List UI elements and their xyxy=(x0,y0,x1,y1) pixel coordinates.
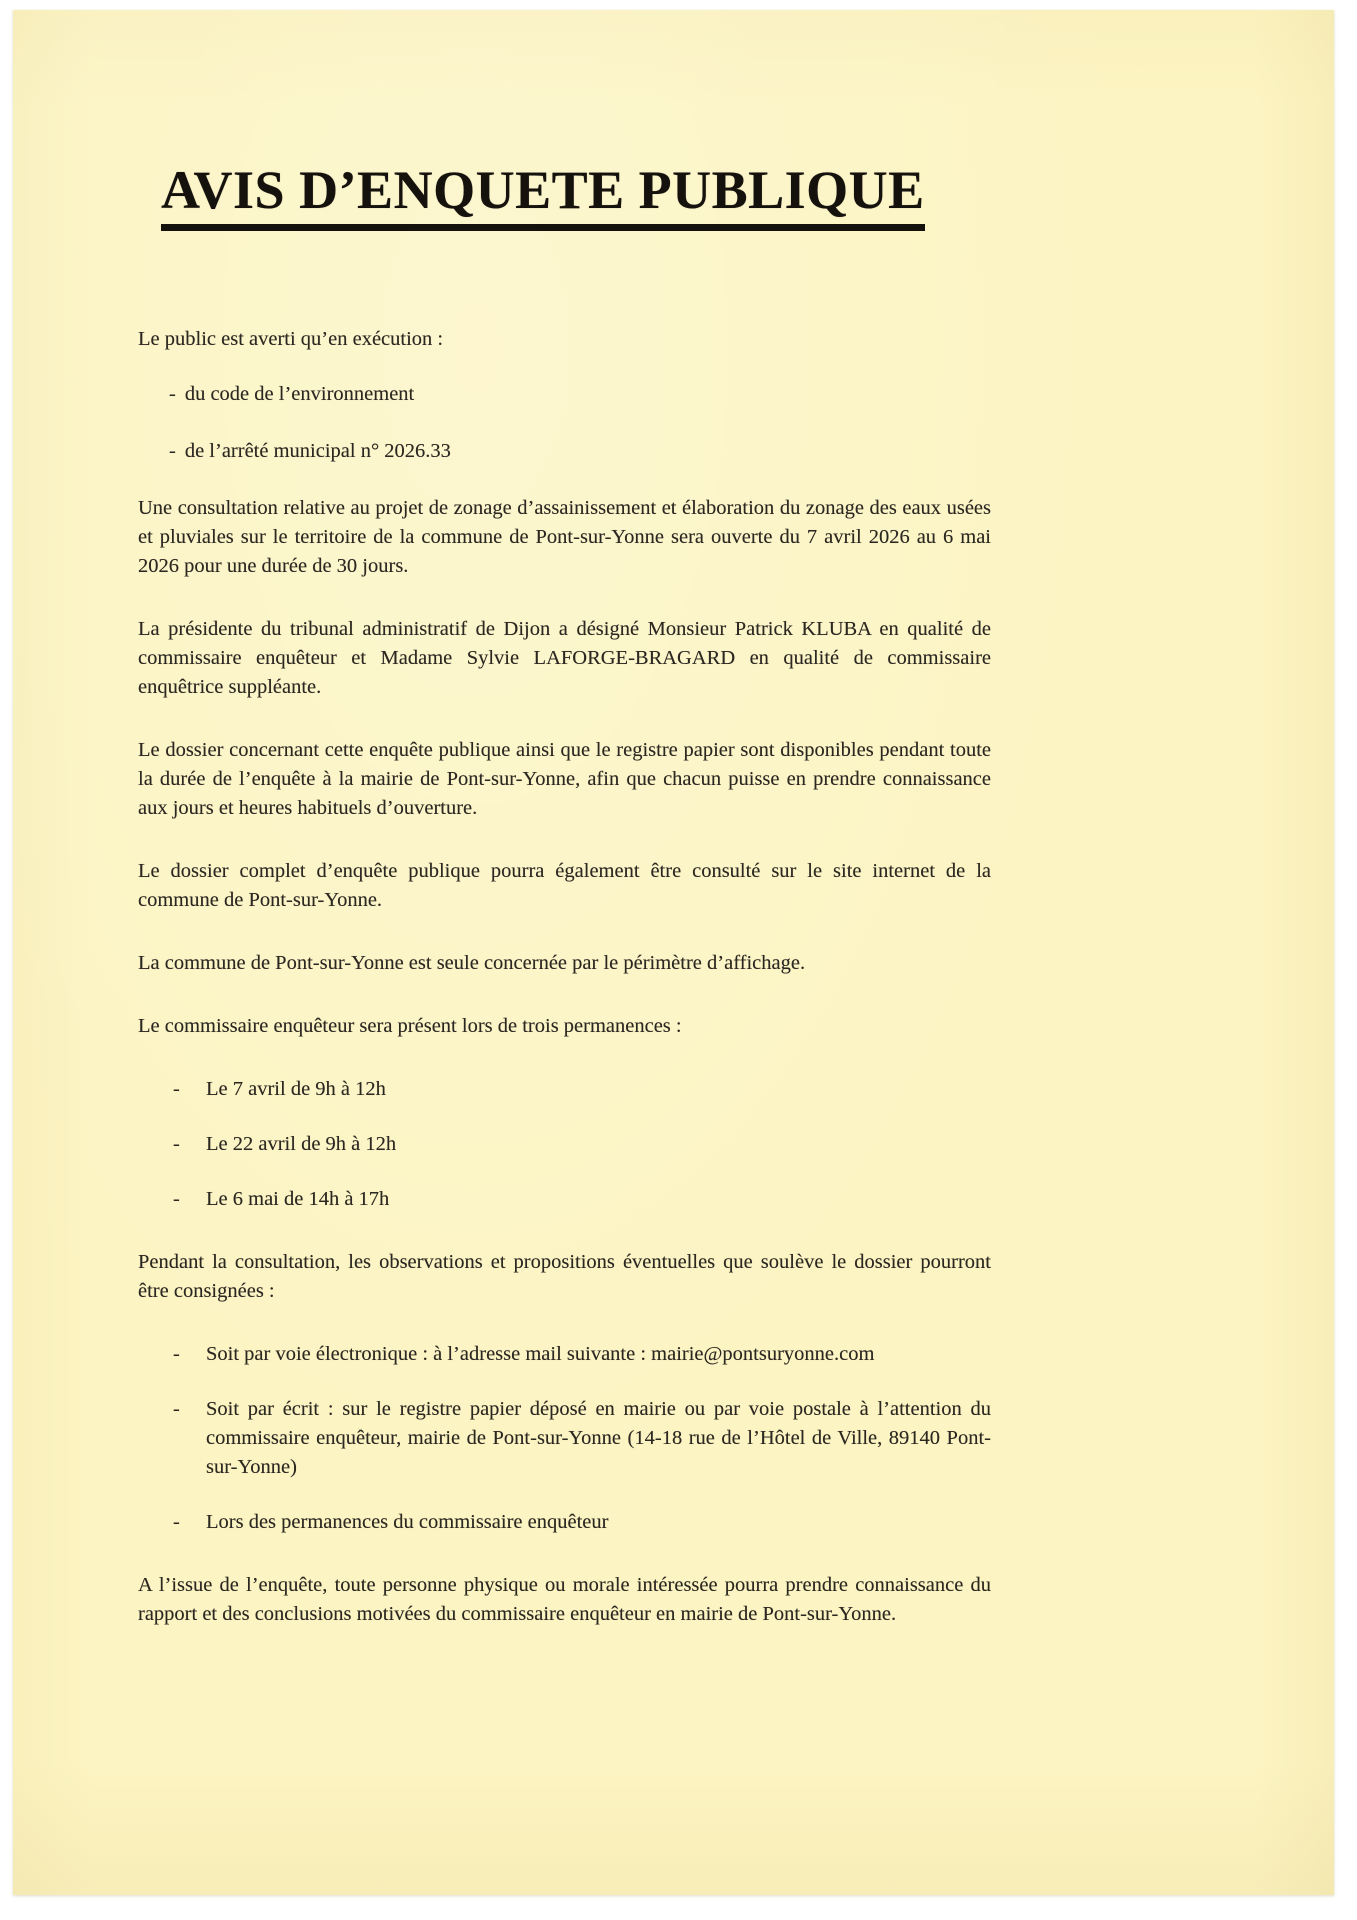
intro-item: -du code de l’environnement xyxy=(169,380,991,409)
observation-item: - Soit par écrit : sur le registre papie… xyxy=(173,1395,991,1482)
scanned-page: AVIS D’ENQUETE PUBLIQUE Le public est av… xyxy=(13,10,1334,1895)
page-title: AVIS D’ENQUETE PUBLIQUE xyxy=(161,160,925,231)
permanences-lead: Le commissaire enquêteur sera présent lo… xyxy=(138,1012,991,1041)
paragraph-consultation: Une consultation relative au projet de z… xyxy=(138,494,991,581)
observations-list: - Soit par voie électronique : à l’adres… xyxy=(138,1340,991,1537)
dash-bullet: - xyxy=(173,1075,206,1104)
intro-item-text: de l’arrêté municipal n° 2026.33 xyxy=(185,440,451,462)
dash-bullet: - xyxy=(169,440,176,462)
paragraph-dossier-internet: Le dossier complet d’enquête publique po… xyxy=(138,857,991,915)
observation-item-text: Soit par voie électronique : à l’adresse… xyxy=(206,1340,991,1369)
dash-bullet: - xyxy=(173,1395,206,1482)
intro-item-text: du code de l’environnement xyxy=(185,383,414,405)
observations-lead: Pendant la consultation, les observation… xyxy=(138,1248,991,1306)
dash-bullet: - xyxy=(173,1340,206,1369)
observation-item-text: Lors des permanences du commissaire enqu… xyxy=(206,1508,991,1537)
paragraph-perimetre: La commune de Pont-sur-Yonne est seule c… xyxy=(138,949,991,978)
permanences-list: - Le 7 avril de 9h à 12h - Le 22 avril d… xyxy=(138,1075,991,1214)
intro-lead: Le public est averti qu’en exécution : xyxy=(138,325,991,354)
observation-item: - Lors des permanences du commissaire en… xyxy=(173,1508,991,1537)
paragraph-dossier-mairie: Le dossier concernant cette enquête publ… xyxy=(138,736,991,823)
permanence-item: - Le 22 avril de 9h à 12h xyxy=(173,1130,991,1159)
paragraph-conclusion: A l’issue de l’enquête, toute personne p… xyxy=(138,1571,991,1629)
permanence-item: - Le 6 mai de 14h à 17h xyxy=(173,1185,991,1214)
observation-item: - Soit par voie électronique : à l’adres… xyxy=(173,1340,991,1369)
dash-bullet: - xyxy=(173,1508,206,1537)
permanence-item-text: Le 22 avril de 9h à 12h xyxy=(206,1130,991,1159)
observation-item-text: Soit par écrit : sur le registre papier … xyxy=(206,1395,991,1482)
dash-bullet: - xyxy=(173,1130,206,1159)
permanence-item: - Le 7 avril de 9h à 12h xyxy=(173,1075,991,1104)
permanence-item-text: Le 6 mai de 14h à 17h xyxy=(206,1185,991,1214)
notice-body: AVIS D’ENQUETE PUBLIQUE Le public est av… xyxy=(138,10,991,1663)
dash-bullet: - xyxy=(169,383,176,405)
permanence-item-text: Le 7 avril de 9h à 12h xyxy=(206,1075,991,1104)
paragraph-presidente: La présidente du tribunal administratif … xyxy=(138,615,991,702)
dash-bullet: - xyxy=(173,1185,206,1214)
intro-item: -de l’arrêté municipal n° 2026.33 xyxy=(169,437,991,466)
